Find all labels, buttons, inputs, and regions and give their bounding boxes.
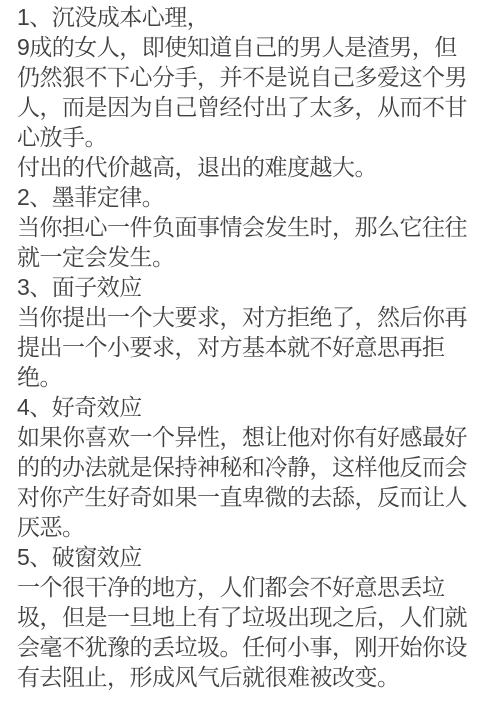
text-line: 一个很干净的地方，人们都会不好意思丢垃 (17, 572, 486, 602)
text-line: 绝。 (17, 362, 486, 392)
text-line: 提出一个小要求，对方基本就不好意思再拒 (17, 332, 486, 362)
text-line: 如果你喜欢一个异性，想让他对你有好感最好 (17, 422, 486, 452)
text-line: 对你产生好奇如果一直卑微的去舔，反而让人 (17, 482, 486, 512)
text-line: 心放手。 (17, 122, 486, 152)
text-line-heading-2: 2、墨菲定律。 (17, 182, 486, 212)
text-line-heading-3: 3、面子效应 (17, 272, 486, 302)
text-line: 当你提出一个大要求，对方拒绝了，然后你再 (17, 302, 486, 332)
text-line: 当你担心一件负面事情会发生时，那么它往往 (17, 212, 486, 242)
text-line: 9成的女人，即使知道自己的男人是渣男，但 (17, 32, 486, 62)
text-line: 厌恶。 (17, 512, 486, 542)
article-text: 1、沉没成本心理， 9成的女人，即使知道自己的男人是渣男，但 仍然狠不下心分手，… (17, 2, 486, 692)
text-line-heading-5: 5、破窗效应 (17, 542, 486, 572)
text-line-heading-4: 4、好奇效应 (17, 392, 486, 422)
text-line-heading-1: 1、沉没成本心理， (17, 2, 486, 32)
text-line: 付出的代价越高，退出的难度越大。 (17, 152, 486, 182)
text-line: 仍然狠不下心分手，并不是说自己多爱这个男 (17, 62, 486, 92)
text-line: 人，而是因为自己曾经付出了太多，从而不甘 (17, 92, 486, 122)
text-line: 就一定会发生。 (17, 242, 486, 272)
text-line: 会毫不犹豫的丢垃圾。任何小事，刚开始你设 (17, 632, 486, 662)
text-line: 有去阻止，形成风气后就很难被改变。 (17, 662, 486, 692)
text-line: 圾，但是一旦地上有了垃圾出现之后，人们就 (17, 602, 486, 632)
text-page: 1、沉没成本心理， 9成的女人，即使知道自己的男人是渣男，但 仍然狠不下心分手，… (0, 0, 500, 703)
text-line: 的的办法就是保持神秘和冷静，这样他反而会 (17, 452, 486, 482)
